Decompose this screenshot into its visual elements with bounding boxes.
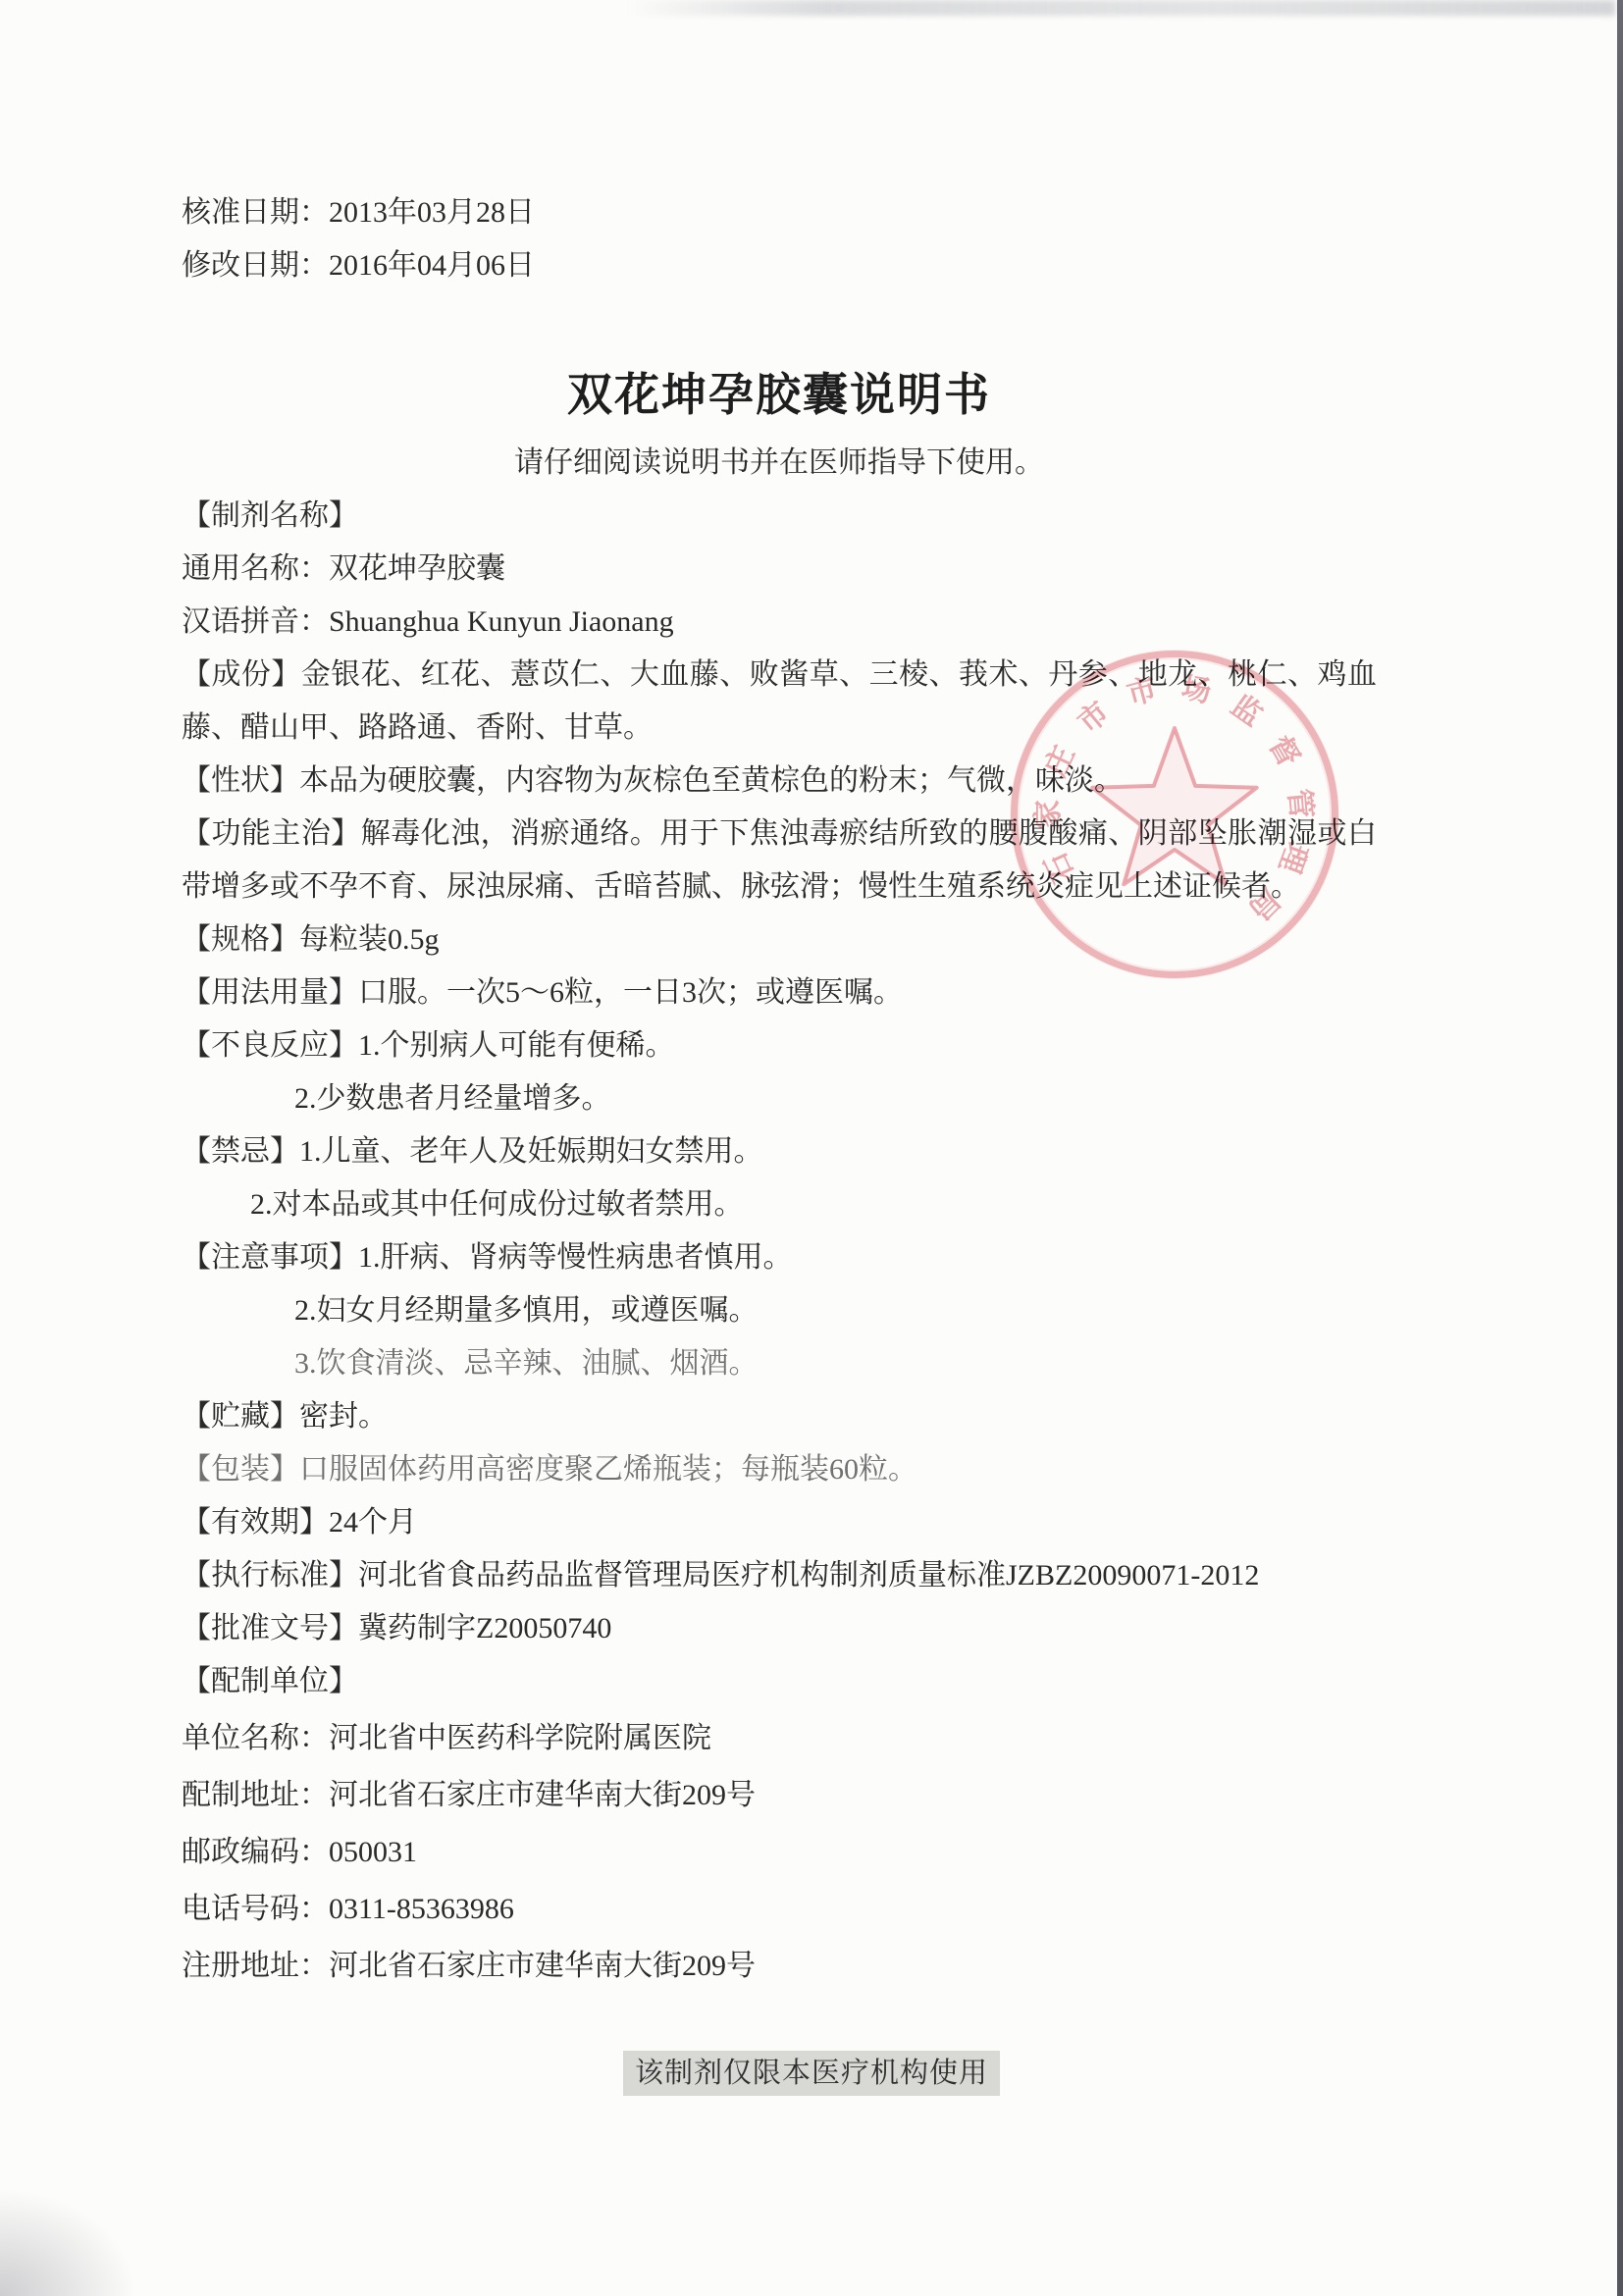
line-precautions-1: 【注意事项】1.肝病、肾病等慢性病患者慎用。 — [182, 1231, 1377, 1284]
line-executive-standard: 【执行标准】河北省食品药品监督管理局医疗机构制剂质量标准JZBZ20090071… — [182, 1549, 1377, 1602]
line-description: 【性状】本品为硬胶囊，内容物为灰棕色至黄棕色的粉末；气微，味淡。 — [182, 755, 1377, 808]
line-unit-name: 单位名称：河北省中医药科学院附属医院 — [182, 1712, 1377, 1765]
line-indications: 【功能主治】解毒化浊，消瘀通络。用于下焦浊毒瘀结所致的腰腹酸痛、阴部坠胀潮湿或白… — [182, 808, 1377, 913]
line-approval-date: 核准日期：2013年03月28日 — [182, 186, 1377, 239]
scan-edge-right — [1617, 0, 1623, 2296]
doc-title: 双花坤孕胶囊说明书 — [182, 366, 1377, 425]
line-ingredients: 【成份】金银花、红花、薏苡仁、大血藤、败酱草、三棱、莪术、丹参、地龙、桃仁、鸡血… — [182, 649, 1377, 755]
line-dosage: 【用法用量】口服。一次5～6粒，一日3次；或遵医嘱。 — [182, 966, 1377, 1019]
line-approval-number: 【批准文号】冀药制字Z20050740 — [182, 1602, 1377, 1655]
line-section-preparation-name: 【制剂名称】 — [182, 490, 1377, 543]
line-adverse-reactions-2: 2.少数患者月经量增多。 — [182, 1072, 1377, 1125]
scan-fold-bottom-left — [0, 2188, 137, 2296]
line-pinyin: 汉语拼音：Shuanghua Kunyun Jiaonang — [182, 596, 1377, 649]
line-adverse-reactions-1: 【不良反应】1.个别病人可能有便稀。 — [182, 1019, 1377, 1072]
document-page: 核准日期：2013年03月28日 修改日期：2016年04月06日 双花坤孕胶囊… — [0, 0, 1623, 2296]
line-validity-period: 【有效期】24个月 — [182, 1496, 1377, 1549]
scan-smudge-top — [628, 0, 1615, 16]
line-revision-date: 修改日期：2016年04月06日 — [182, 239, 1377, 292]
doc-footer-row: 该制剂仅限本医疗机构使用 — [0, 2051, 1623, 2096]
line-precautions-3: 3.饮食清淡、忌辛辣、油腻、烟酒。 — [182, 1337, 1377, 1390]
line-storage: 【贮藏】密封。 — [182, 1390, 1377, 1443]
doc-footer: 该制剂仅限本医疗机构使用 — [623, 2051, 1000, 2096]
line-registered-address: 注册地址：河北省石家庄市建华南大街209号 — [182, 1940, 1377, 1993]
line-phone-number: 电话号码：0311-85363986 — [182, 1883, 1377, 1936]
doc-subtitle: 请仔细阅读说明书并在医师指导下使用。 — [182, 437, 1377, 490]
line-specification: 【规格】每粒装0.5g — [182, 913, 1377, 966]
line-generic-name: 通用名称：双花坤孕胶囊 — [182, 543, 1377, 596]
line-contraindications-1: 【禁忌】1.儿童、老年人及妊娠期妇女禁用。 — [182, 1125, 1377, 1178]
line-precautions-2: 2.妇女月经期量多慎用，或遵医嘱。 — [182, 1284, 1377, 1337]
line-contraindications-2: 2.对本品或其中任何成份过敏者禁用。 — [182, 1178, 1377, 1231]
document-content: 核准日期：2013年03月28日 修改日期：2016年04月06日 双花坤孕胶囊… — [182, 186, 1377, 1993]
line-postal-code: 邮政编码：050031 — [182, 1826, 1377, 1879]
line-section-preparation-unit: 【配制单位】 — [182, 1655, 1377, 1708]
line-preparation-address: 配制地址：河北省石家庄市建华南大街209号 — [182, 1769, 1377, 1822]
line-packaging: 【包装】口服固体药用高密度聚乙烯瓶装；每瓶装60粒。 — [182, 1443, 1377, 1496]
